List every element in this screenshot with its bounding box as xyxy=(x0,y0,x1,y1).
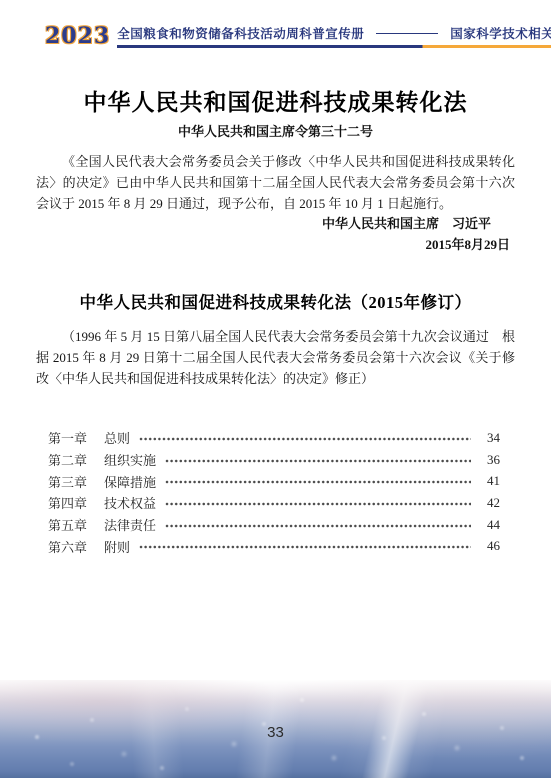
table-of-contents: 第一章 总则 34 第二章 组织实施 36 第三章 保障措施 41 第四章 技术… xyxy=(48,427,500,557)
toc-dot-leader xyxy=(165,474,471,488)
toc-page-number: 46 xyxy=(478,538,500,554)
toc-row: 第二章 组织实施 36 xyxy=(48,449,500,471)
header-divider-line xyxy=(376,33,438,34)
toc-chapter: 第二章 xyxy=(48,450,90,469)
wave-specks-decoration xyxy=(0,680,4,684)
revised-law-title: 中华人民共和国促进科技成果转化法（2015年修订） xyxy=(0,289,551,313)
toc-title: 法律责任 xyxy=(104,515,156,534)
toc-title: 技术权益 xyxy=(104,493,156,512)
toc-row: 第六章 附则 46 xyxy=(48,535,500,557)
header-divider xyxy=(364,33,450,34)
toc-chapter: 第六章 xyxy=(48,537,90,556)
decree-paragraph: 《全国人民代表大会常务委员会关于修改〈中华人民共和国促进科技成果转化法〉的决定》… xyxy=(36,151,515,214)
revision-note-paragraph: （1996 年 5 月 15 日第八届全国人民代表大会常务委员会第十九次会议通过… xyxy=(36,326,515,389)
toc-title: 附则 xyxy=(104,537,130,556)
header-titles-row: 全国粮食和物资储备科技活动周科普宣传册 国家科学技术相关法律法规 xyxy=(117,24,551,45)
toc-dot-leader xyxy=(165,453,471,467)
toc-title: 总则 xyxy=(104,428,130,447)
toc-chapter: 第五章 xyxy=(48,515,90,534)
year-badge: 2023 xyxy=(45,24,110,48)
toc-title: 保障措施 xyxy=(104,472,156,491)
sign-date: 2015年8月29日 xyxy=(36,234,515,255)
toc-dot-leader xyxy=(165,496,471,510)
toc-dot-leader xyxy=(139,431,471,445)
signer-line: 中华人民共和国主席 习近平 xyxy=(36,213,515,234)
header-right-title: 国家科学技术相关法律法规 xyxy=(450,24,551,42)
toc-page-number: 34 xyxy=(478,430,500,446)
footer-wave-band: 33 xyxy=(0,680,551,778)
page-header: 2023 全国粮食和物资储备科技活动周科普宣传册 国家科学技术相关法律法规 xyxy=(45,24,543,48)
toc-chapter: 第三章 xyxy=(48,472,90,491)
toc-chapter: 第四章 xyxy=(48,493,90,512)
toc-chapter: 第一章 xyxy=(48,428,90,447)
toc-page-number: 42 xyxy=(478,495,500,511)
footer-page-number: 33 xyxy=(0,724,551,741)
signature-block: 中华人民共和国主席 习近平 2015年8月29日 xyxy=(36,213,515,255)
toc-page-number: 36 xyxy=(478,452,500,468)
toc-row: 第五章 法律责任 44 xyxy=(48,514,500,536)
header-right-block: 全国粮食和物资储备科技活动周科普宣传册 国家科学技术相关法律法规 xyxy=(117,24,551,48)
toc-row: 第四章 技术权益 42 xyxy=(48,492,500,514)
toc-row: 第三章 保障措施 41 xyxy=(48,470,500,492)
toc-row: 第一章 总则 34 xyxy=(48,427,500,449)
toc-title: 组织实施 xyxy=(104,450,156,469)
law-main-title: 中华人民共和国促进科技成果转化法 xyxy=(0,84,551,117)
decree-number-subtitle: 中华人民共和国主席令第三十二号 xyxy=(0,121,551,140)
header-left-title: 全国粮食和物资储备科技活动周科普宣传册 xyxy=(117,24,364,42)
toc-dot-leader xyxy=(139,539,471,553)
toc-page-number: 44 xyxy=(478,517,500,533)
document-page: 2023 全国粮食和物资储备科技活动周科普宣传册 国家科学技术相关法律法规 中华… xyxy=(0,0,551,778)
toc-page-number: 41 xyxy=(478,473,500,489)
toc-dot-leader xyxy=(165,518,471,532)
header-underline xyxy=(117,45,551,48)
